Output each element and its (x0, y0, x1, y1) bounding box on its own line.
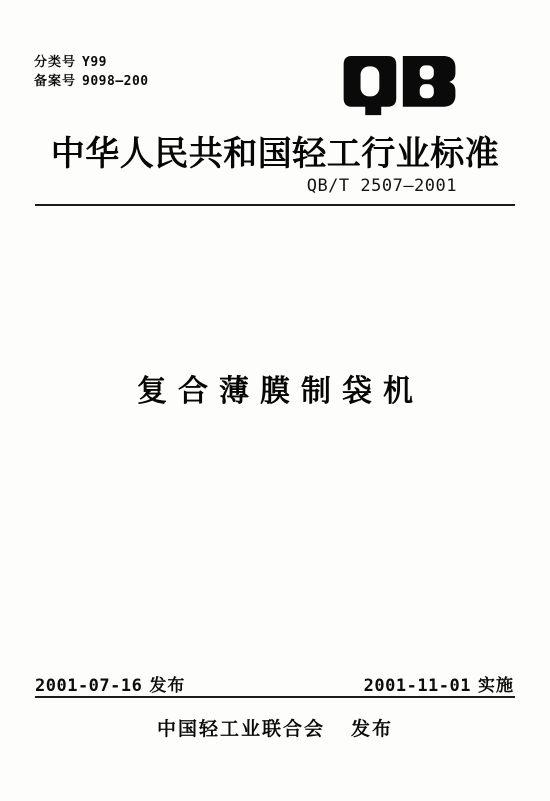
standard-cover-page: 分类号Y99 备案号9098—200 QB 中华人民共和国轻工行业标准 QB/T… (0, 0, 550, 801)
document-title: 复合薄膜制袋机 (0, 366, 550, 410)
record-value: 9098—200 (82, 74, 149, 89)
classification-value: Y99 (82, 55, 107, 70)
record-label: 备案号 (34, 73, 76, 88)
publisher-row: 中国轻工业联合会发布 (0, 714, 550, 741)
issue-date-line: 2001-07-16发布 (35, 671, 185, 696)
publisher-action: 发布 (351, 719, 393, 740)
issue-label: 发布 (149, 676, 185, 695)
implementation-date-line: 2001-11-01实施 (364, 671, 514, 696)
classification-line: 分类号Y99 (34, 53, 149, 72)
qb-logo-text: QB (0, 0, 1, 1)
record-line: 备案号9098—200 (34, 72, 149, 91)
qb-logo-icon (343, 56, 457, 118)
publisher-name: 中国轻工业联合会 (157, 719, 325, 740)
classification-label: 分类号 (34, 54, 76, 69)
footer-divider (35, 696, 515, 698)
issue-date: 2001-07-16 (35, 676, 142, 696)
implementation-label: 实施 (478, 676, 514, 695)
implementation-date: 2001-11-01 (364, 676, 471, 696)
standard-category-title: 中华人民共和国轻工行业标准 (0, 126, 550, 175)
standard-number: QB/T 2507—2001 (307, 176, 457, 196)
classification-block: 分类号Y99 备案号9098—200 (34, 53, 149, 91)
header-divider (35, 204, 515, 206)
dates-row: 2001-07-16发布 2001-11-01实施 (35, 671, 514, 696)
